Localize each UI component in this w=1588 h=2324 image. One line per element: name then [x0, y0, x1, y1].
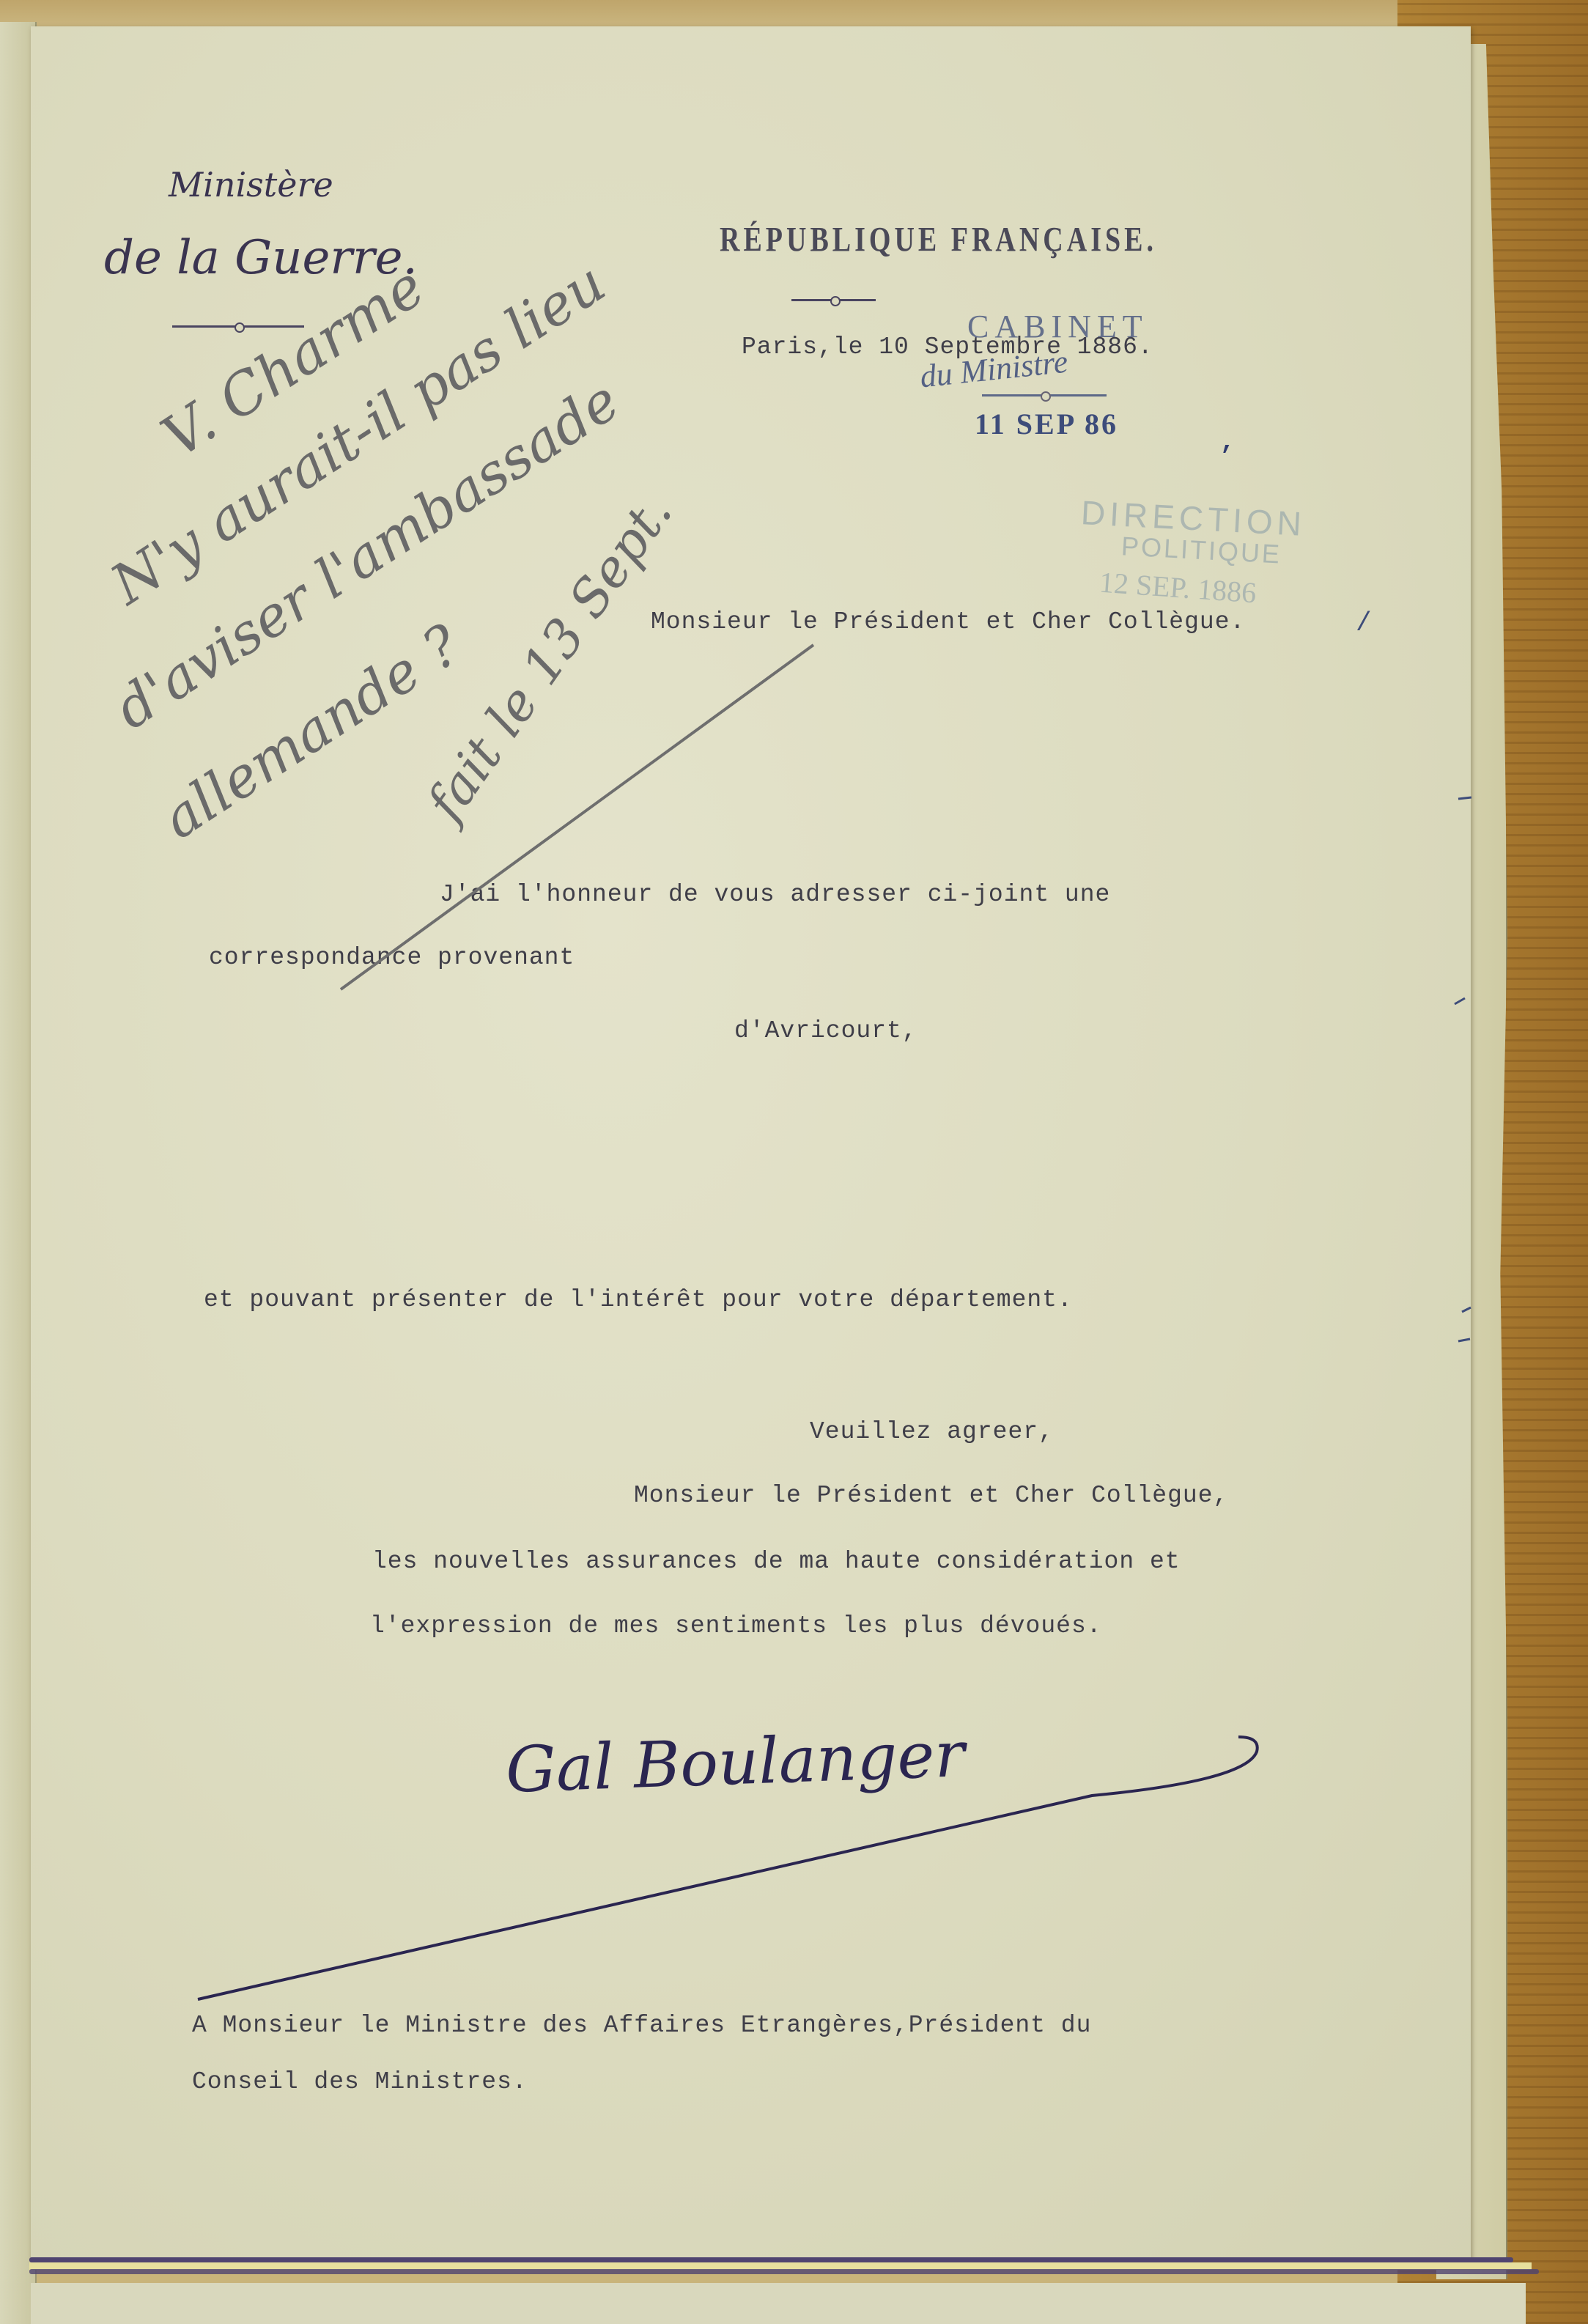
handwritten-strokes [0, 0, 1588, 2324]
pencil-diagonal-line [341, 645, 813, 989]
signature-flourish-line [198, 1737, 1258, 1999]
margin-ink-marks [1455, 797, 1471, 1341]
